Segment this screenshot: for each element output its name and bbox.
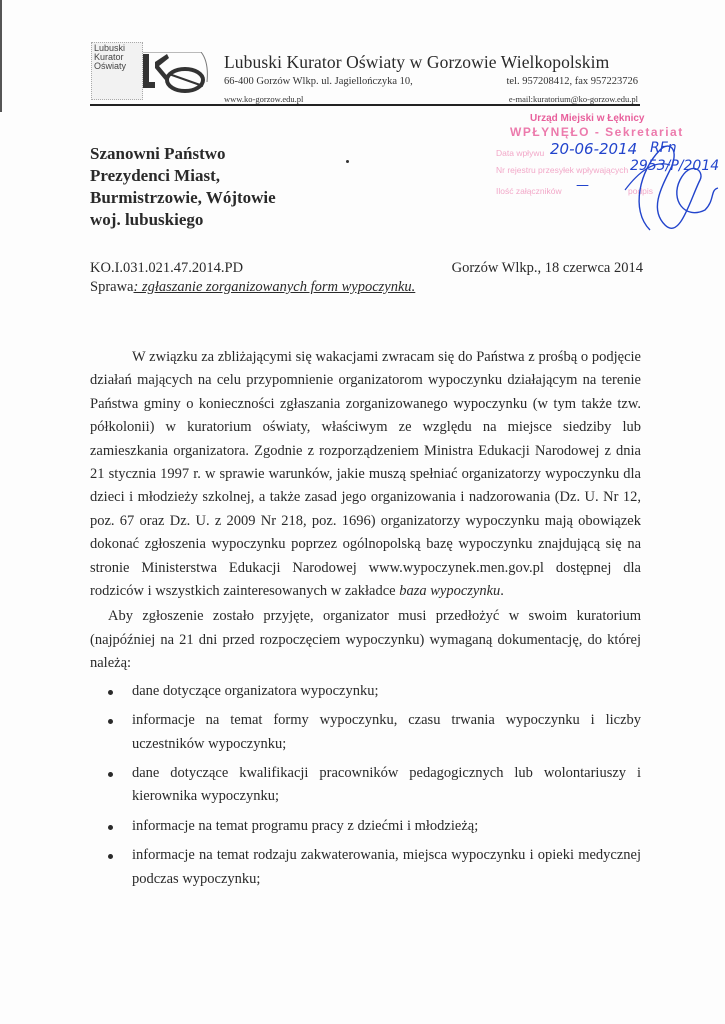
organization-website: www.ko-gorzow.edu.pl	[224, 94, 303, 104]
letter-body: W związku za zbliżającymi się wakacjami …	[90, 346, 641, 891]
list-item-text: dane dotyczące organizatora wypoczynku;	[132, 680, 641, 703]
stamp-attachments-value: —	[576, 178, 589, 193]
recipient-line: Burmistrzowie, Wójtowie	[90, 187, 276, 209]
organization-address: 66-400 Gorzów Wlkp. ul. Jagiellończyka 1…	[224, 76, 413, 87]
organization-phone-fax: tel. 957208412, fax 957223726	[506, 76, 638, 87]
list-item-text: informacje na temat formy wypoczynku, cz…	[132, 709, 641, 756]
recipient-line: Prezydenci Miast,	[90, 165, 276, 187]
stamp-date-label: Data wpływu	[496, 148, 544, 158]
logo-text-line: Oświaty	[94, 62, 126, 71]
recipient-block: Szanowni Państwo Prezydenci Miast, Burmi…	[90, 143, 276, 231]
header-divider	[90, 104, 640, 106]
scan-edge-artifact	[0, 0, 2, 112]
subject-value: : zgłaszanie zorganizowanych form wypocz…	[134, 279, 416, 295]
list-item: dane dotyczące organizatora wypoczynku;	[132, 680, 641, 703]
paragraph-text: W związku za zbliżającymi się wakacjami …	[90, 349, 641, 599]
list-item: informacje na temat programu pracy z dzi…	[132, 815, 641, 838]
stamp-register-label: Nr rejestru przesyłek wpływających	[496, 165, 628, 175]
paragraph-emphasis: baza wypoczynku	[399, 583, 500, 599]
subject-line: Sprawa: zgłaszanie zorganizowanych form …	[90, 279, 415, 296]
body-paragraph: Aby zgłoszenie zostało przyjęte, organiz…	[90, 605, 641, 675]
list-item-text: dane dotyczące kwalifikacji pracowników …	[132, 762, 641, 809]
handwritten-signature-icon	[610, 130, 720, 240]
list-item-text: informacje na temat rodzaju zakwaterowan…	[132, 844, 641, 891]
recipient-line: woj. lubuskiego	[90, 209, 276, 231]
recipient-line: Szanowni Państwo	[90, 143, 276, 165]
reference-number: KO.I.031.021.47.2014.PD	[90, 260, 243, 277]
list-item: informacje na temat rodzaju zakwaterowan…	[132, 844, 641, 891]
list-item: dane dotyczące kwalifikacji pracowników …	[132, 762, 641, 809]
lko-emblem-icon	[141, 52, 211, 96]
received-stamp: Urząd Miejski w Łęknicy WPŁYNĘŁO - Sekre…	[480, 110, 720, 240]
list-item-text: informacje na temat programu pracy z dzi…	[132, 815, 641, 838]
subject-label: Sprawa	[90, 279, 134, 295]
organization-name: Lubuski Kurator Oświaty w Gorzowie Wielk…	[224, 52, 609, 73]
paragraph-text: .	[500, 583, 504, 599]
scan-speck	[346, 160, 349, 163]
stamp-attachments-label: Ilość załączników	[496, 186, 562, 196]
stamp-office: Urząd Miejski w Łęknicy	[530, 113, 645, 124]
place-and-date: Gorzów Wlkp., 18 czerwca 2014	[452, 260, 643, 277]
kuratorium-logo: Lubuski Kurator Oświaty	[91, 42, 215, 100]
requirements-list: dane dotyczące organizatora wypoczynku; …	[90, 680, 641, 891]
organization-email: e-mail:kuratorium@ko-gorzow.edu.pl	[509, 94, 638, 104]
logo-text: Lubuski Kurator Oświaty	[94, 44, 126, 71]
body-paragraph: W związku za zbliżającymi się wakacjami …	[90, 346, 641, 603]
list-item: informacje na temat formy wypoczynku, cz…	[132, 709, 641, 756]
